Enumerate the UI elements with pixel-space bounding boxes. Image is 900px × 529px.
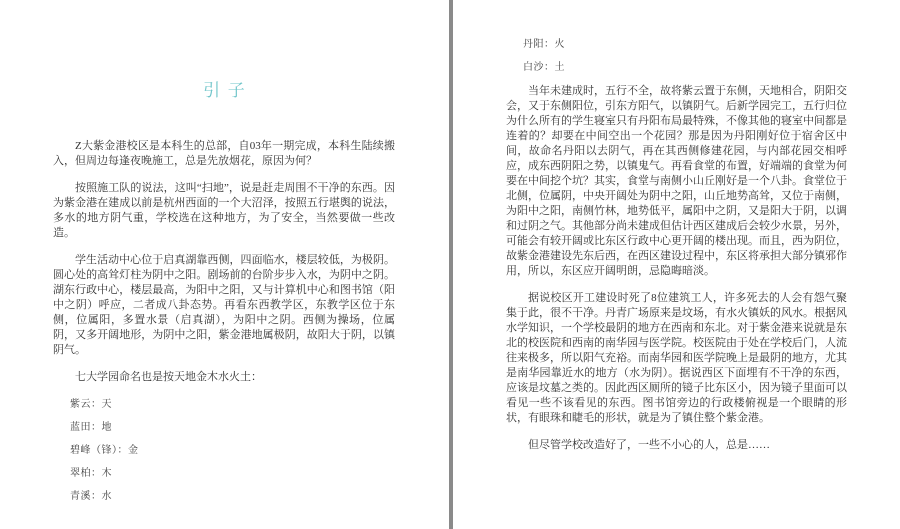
right-page: 丹阳：火 白沙：土 当年未建成时，五行不全，故将紫云置于东侧，天地相合，阴阳交会… — [453, 0, 900, 529]
list-item: 紫云：天 — [70, 397, 395, 412]
list-item: 丹阳：火 — [523, 37, 847, 52]
paragraph: Z大紫金港校区是本科生的总部，自03年一期完成，本科生陆续搬入，但周边每逢夜晚施… — [53, 139, 395, 169]
left-page: 引子 Z大紫金港校区是本科生的总部，自03年一期完成，本科生陆续搬入，但周边每逢… — [0, 0, 449, 529]
list-item: 蓝田：地 — [70, 420, 395, 435]
paragraph: 据说校区开工建设时死了8位建筑工人，许多死去的人会有怨气聚集于此，很不干净。丹青… — [506, 291, 847, 426]
paragraph: 当年未建成时，五行不全，故将紫云置于东侧，天地相合，阴阳交会，又于东侧阳位，引东… — [506, 84, 847, 279]
reader-window: 引子 Z大紫金港校区是本科生的总部，自03年一期完成，本科生陆续搬入，但周边每逢… — [0, 0, 900, 529]
paragraph: 按照施工队的说法，这叫“扫地”，说是赶走周围不干净的东西。因为紫金港在建成以前是… — [53, 181, 395, 241]
paragraph: 学生活动中心位于启真湖靠西侧，四面临水，楼层较低，为极阴。圆心处的高耸灯柱为阴中… — [53, 253, 395, 358]
chapter-title: 引子 — [53, 82, 395, 100]
element-name-list: 紫云：天 蓝田：地 碧峰（锋）：金 翠柏：木 青溪：水 — [53, 397, 395, 504]
element-name-list: 丹阳：火 白沙：土 — [506, 37, 847, 75]
paragraph: 但尽管学校改造好了，一些不小心的人，总是…… — [506, 438, 847, 453]
list-item: 白沙：土 — [523, 60, 847, 75]
list-item: 青溪：水 — [70, 489, 395, 504]
list-item: 碧峰（锋）：金 — [70, 443, 395, 458]
list-item: 翠柏：木 — [70, 466, 395, 481]
paragraph: 七大学园命名也是按天地金木水火土： — [53, 370, 395, 385]
